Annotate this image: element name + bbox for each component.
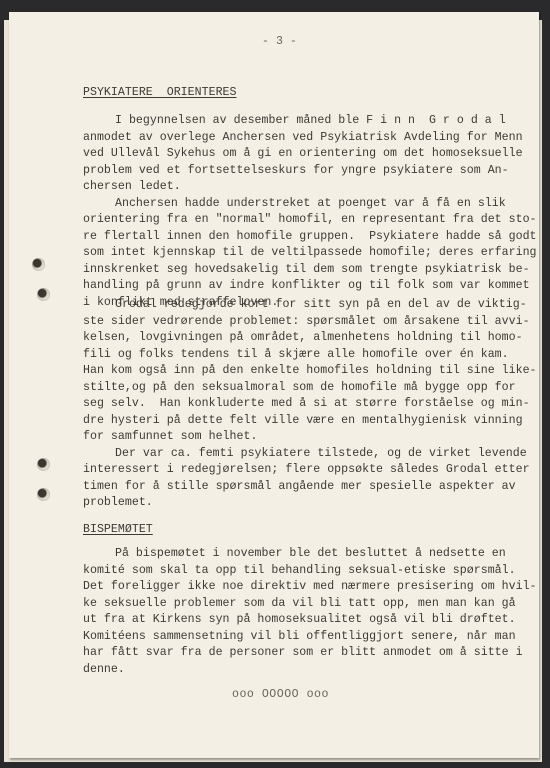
paragraph-line: chersen ledet. [83, 180, 181, 194]
paragraph-line: orientering fra en "normal" homofil, en … [83, 213, 537, 227]
paragraph-line: Grodal redegjorde kort for sitt syn på e… [115, 298, 527, 312]
paragraph-line: problem ved et fortsettelseskurs for yng… [83, 164, 509, 178]
paragraph-line: I begynnelsen av desember måned ble F i … [115, 114, 506, 128]
paragraph-line: handling på grunn av indre konflikter og… [83, 279, 530, 293]
paragraph-line: fili og folks tendens til å skjære alle … [83, 348, 509, 362]
paragraph-line: for samfunnet som helhet. [83, 430, 257, 444]
paragraph-line: Der var ca. femti psykiatere tilstede, o… [115, 447, 527, 461]
paragraph-line: Det foreligger ikke noe direktiv med nær… [83, 580, 537, 594]
paragraph-line: timen for å stille spørsmål angående mer… [83, 480, 516, 494]
paragraph-line: innskrenket seg hovedsakelig til dem som… [83, 263, 530, 277]
paragraph-line: ke seksuelle problemer som da vil bli ta… [83, 597, 516, 611]
paragraph-line: Han kom også inn på den enkelte homofile… [83, 364, 537, 378]
section-heading-psykiatere: PSYKIATERE ORIENTERES [83, 86, 237, 100]
paragraph-line: som intet kjennskap til de veltilpassede… [83, 246, 537, 260]
paragraph-line: ste sider vedrørende problemet: spørsmål… [83, 315, 530, 329]
paragraph-line: På bispemøtet i november ble det beslutt… [115, 547, 506, 561]
paragraph-line: Anchersen hadde understreket at poenget … [115, 197, 506, 211]
end-mark: ooo OOOOO ooo [232, 688, 329, 701]
paragraph-line: ved Ullevål Sykehus om å gi en orienteri… [83, 147, 523, 161]
paragraph-line: kelsen, lovgivningen på området, almenhe… [83, 331, 523, 345]
paragraph-line: interessert i redegjørelsen; flere oppsø… [83, 463, 530, 477]
paragraph-line: Komitéens sammensetning vil bli offentli… [83, 630, 516, 644]
paragraph-line: ut fra at Kirkens syn på homoseksualitet… [83, 613, 516, 627]
section-heading-bispemotet: BISPEMØTET [83, 523, 153, 537]
paragraph-line: komité som skal ta opp til behandling se… [83, 564, 516, 578]
typewritten-text: - 3 - PSYKIATERE ORIENTERES I begynnelse… [0, 0, 550, 768]
paragraph-line: dre hysteri på dette felt ville være en … [83, 414, 523, 428]
paragraph-line: denne. [83, 663, 125, 677]
paragraph-line: seg selv. Han konkluderte med å si at st… [83, 397, 530, 411]
page-number: - 3 - [262, 35, 297, 48]
paragraph-line: re flertall innen den homofile gruppen. … [83, 230, 537, 244]
paragraph-line: har fått svar fra de personer som er bli… [83, 646, 523, 660]
paragraph-line: problemet. [83, 496, 153, 510]
paragraph-line: anmodet av overlege Anchersen ved Psykia… [83, 131, 523, 145]
paragraph-line: stilte,og på den seksualmoral som de hom… [83, 381, 516, 395]
